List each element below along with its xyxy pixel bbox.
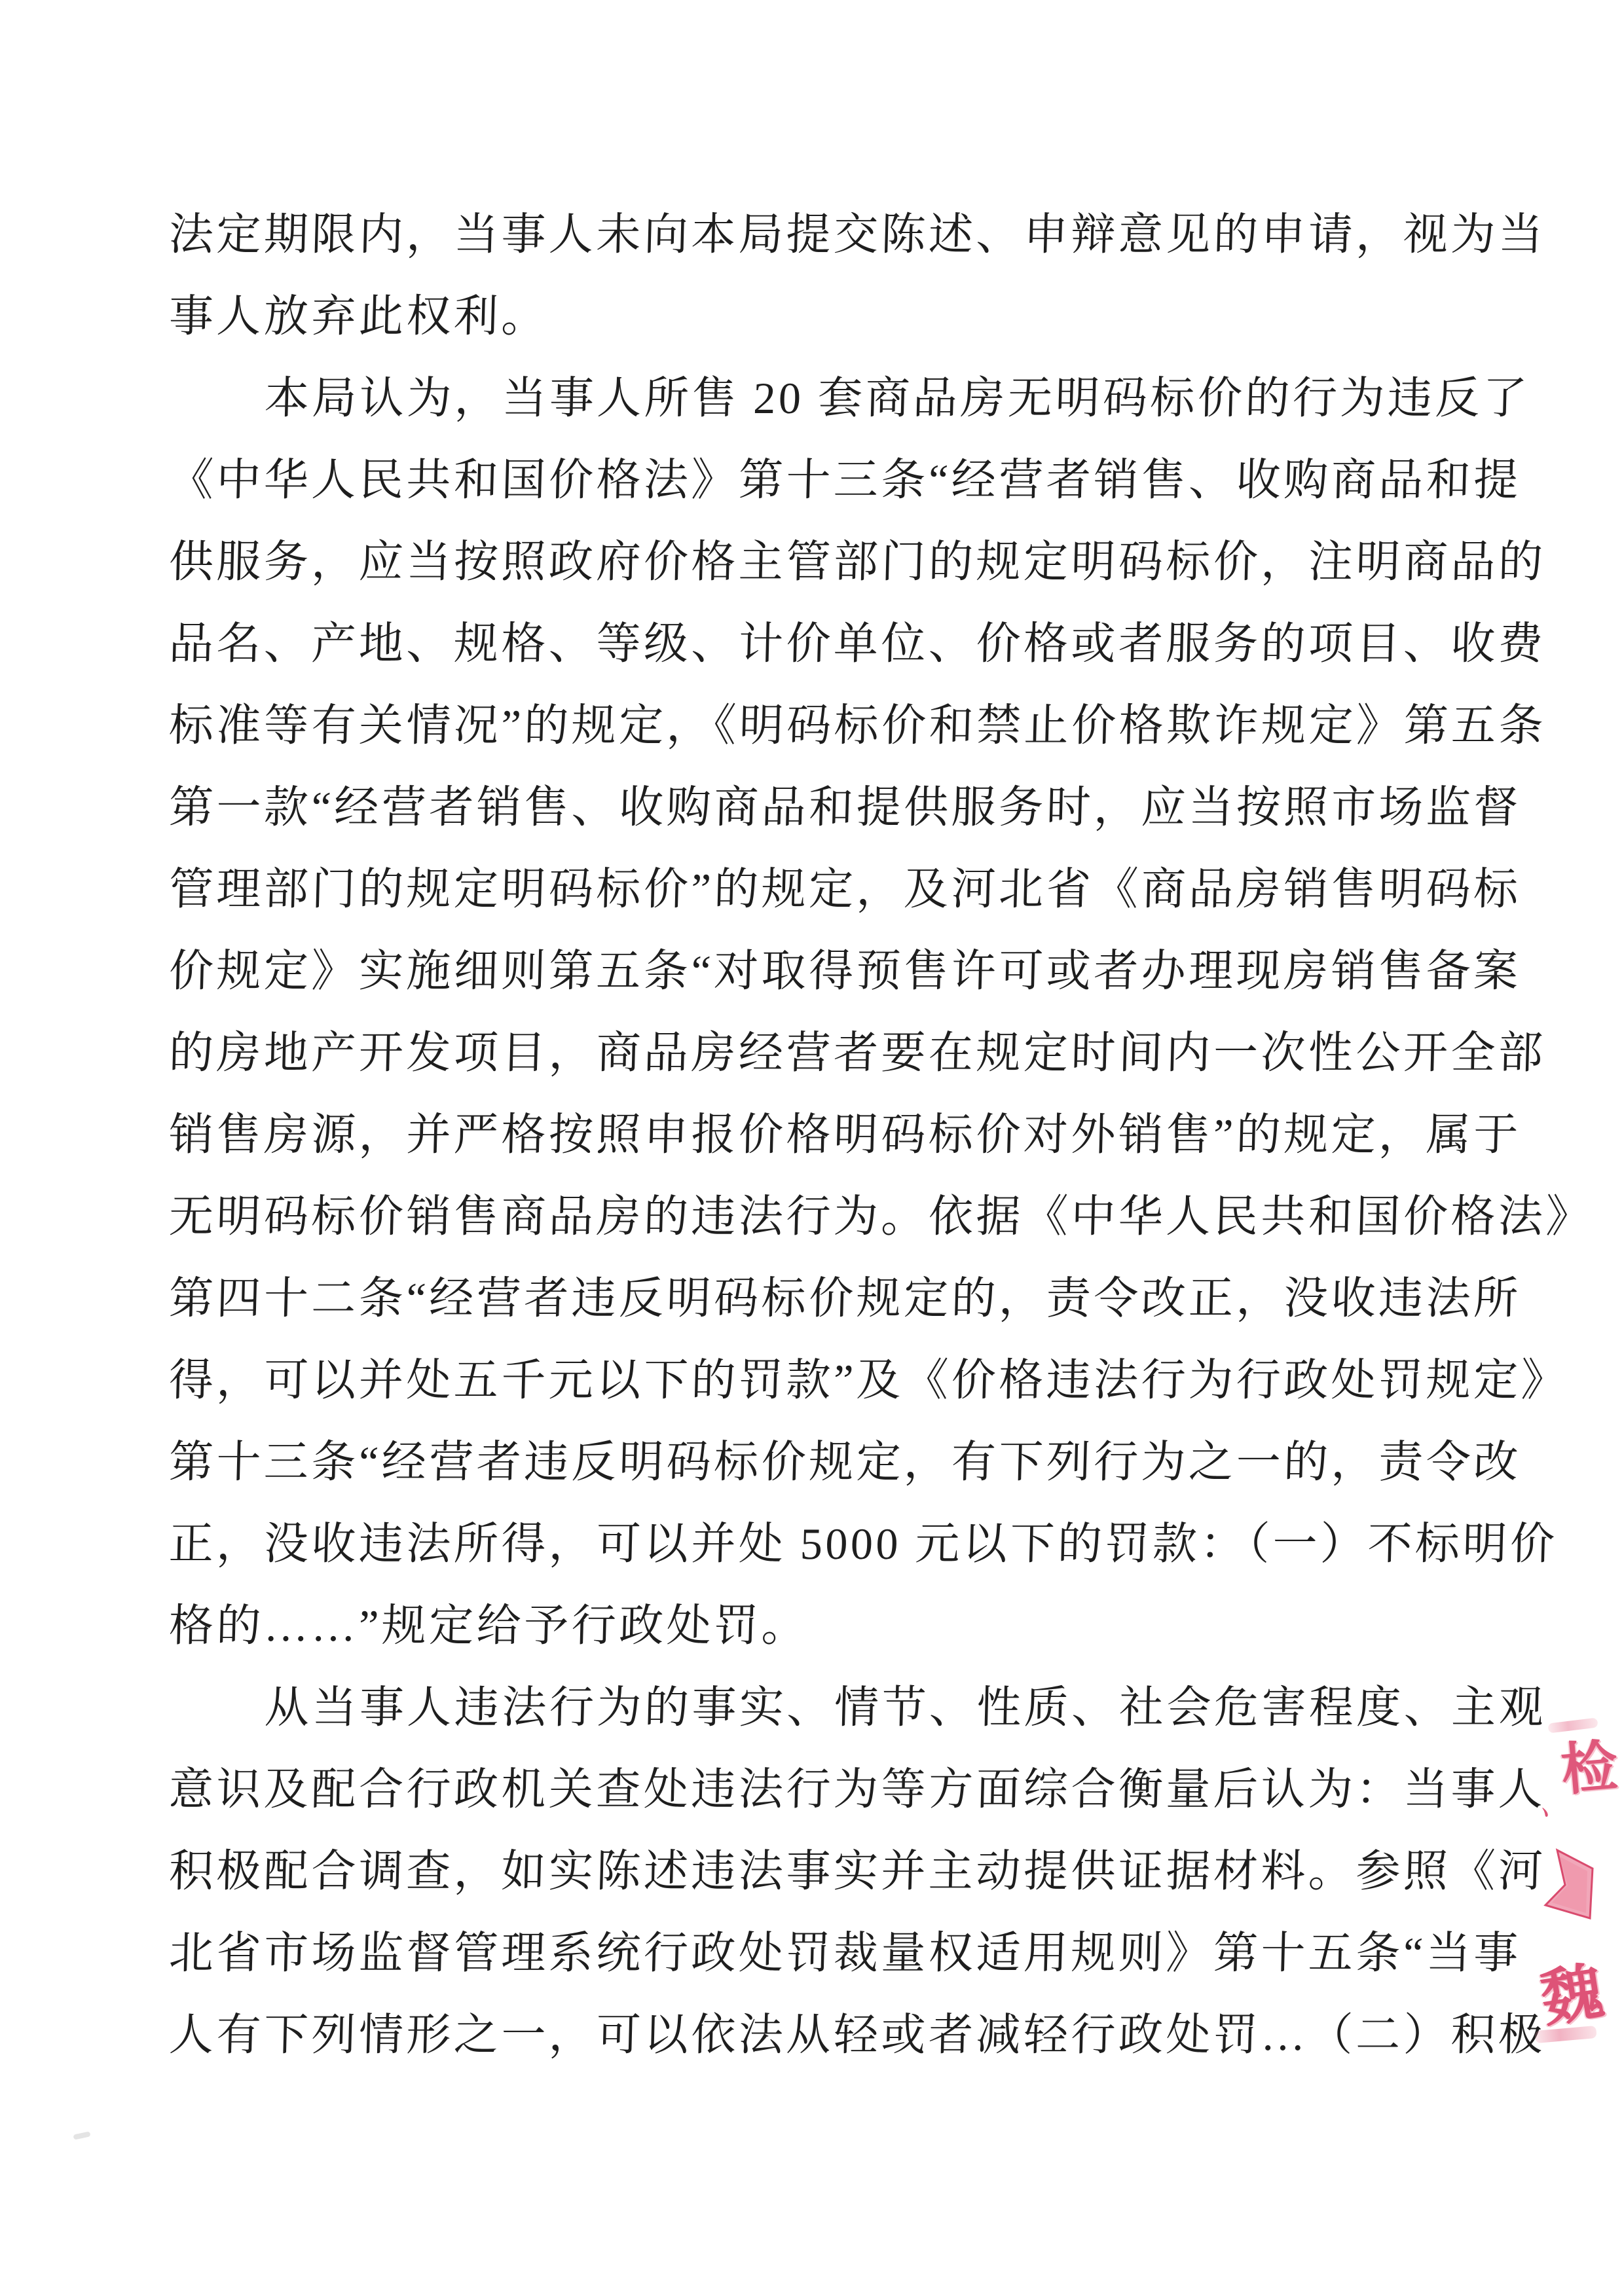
- seal-arc-smudge-top: [1547, 1717, 1598, 1733]
- text-line: 意识及配合行政机关查处违法行为等方面综合衡量后认为：当事人: [168, 1749, 1463, 1831]
- text-line: 品名、产地、规格、等级、计价单位、价格或者服务的项目、收费: [168, 603, 1463, 685]
- text-line: 第一款“经营者销售、收购商品和提供服务时，应当按照市场监督: [168, 767, 1463, 848]
- text-line: 价规定》实施细则第五条“对取得预售许可或者办理现房销售备案: [168, 930, 1463, 1012]
- text-line: 标准等有关情况”的规定，《明码标价和禁止价格欺诈规定》第五条: [168, 685, 1463, 767]
- text-line: 《中华人民共和国价格法》第十三条“经营者销售、收购商品和提: [168, 439, 1463, 521]
- text-line: 管理部门的规定明码标价”的规定，及河北省《商品房销售明码标: [168, 848, 1463, 930]
- text-line: 积极配合调查，如实陈述违法事实并主动提供证据材料。参照《河: [168, 1831, 1463, 1912]
- seal-character-bottom: 魏: [1537, 1961, 1608, 2032]
- text-line: 销售房源，并严格按照申报价格明码标价对外销售”的规定，属于: [168, 1094, 1463, 1176]
- document-body: 法定期限内，当事人未向本局提交陈述、申辩意见的申请，视为当 事人放弃此权利。 本…: [169, 194, 1462, 2076]
- text-line: 得，可以并处五千元以下的罚款”及《价格违法行为行政处罚规定》: [168, 1339, 1463, 1421]
- seal-star-icon: [1540, 1845, 1598, 1921]
- seal-character-top: 检: [1559, 1738, 1619, 1798]
- text-line: 无明码标价销售商品房的违法行为。依据《中华人民共和国价格法》: [168, 1176, 1463, 1258]
- text-line: 供服务，应当按照政府价格主管部门的规定明码标价，注明商品的: [168, 521, 1463, 603]
- text-line: 格的……”规定给予行政处罚。: [168, 1585, 1463, 1667]
- text-line: 本局认为，当事人所售 20 套商品房无明码标价的行为违反了: [168, 357, 1463, 439]
- scan-artifact-mark: [73, 2131, 90, 2140]
- text-line: 北省市场监督管理系统行政处罚裁量权适用规则》第十五条“当事: [168, 1912, 1463, 1994]
- text-line: 事人放弃此权利。: [168, 276, 1463, 357]
- text-line: 人有下列情形之一，可以依法从轻或者减轻行政处罚…（二）积极: [168, 1994, 1463, 2076]
- text-line: 正，没收违法所得，可以并处 5000 元以下的罚款：（一）不标明价: [168, 1503, 1463, 1585]
- text-line: 第四十二条“经营者违反明码标价规定的，责令改正，没收违法所: [168, 1258, 1463, 1339]
- text-line: 从当事人违法行为的事实、情节、性质、社会危害程度、主观: [168, 1667, 1463, 1749]
- text-line: 第十三条“经营者违反明码标价规定，有下列行为之一的，责令改: [168, 1421, 1463, 1503]
- text-line: 的房地产开发项目，商品房经营者要在规定时间内一次性公开全部: [168, 1012, 1463, 1094]
- text-line: 法定期限内，当事人未向本局提交陈述、申辩意见的申请，视为当: [168, 194, 1463, 276]
- scanned-document-page: 法定期限内，当事人未向本局提交陈述、申辩意见的申请，视为当 事人放弃此权利。 本…: [0, 0, 1624, 2296]
